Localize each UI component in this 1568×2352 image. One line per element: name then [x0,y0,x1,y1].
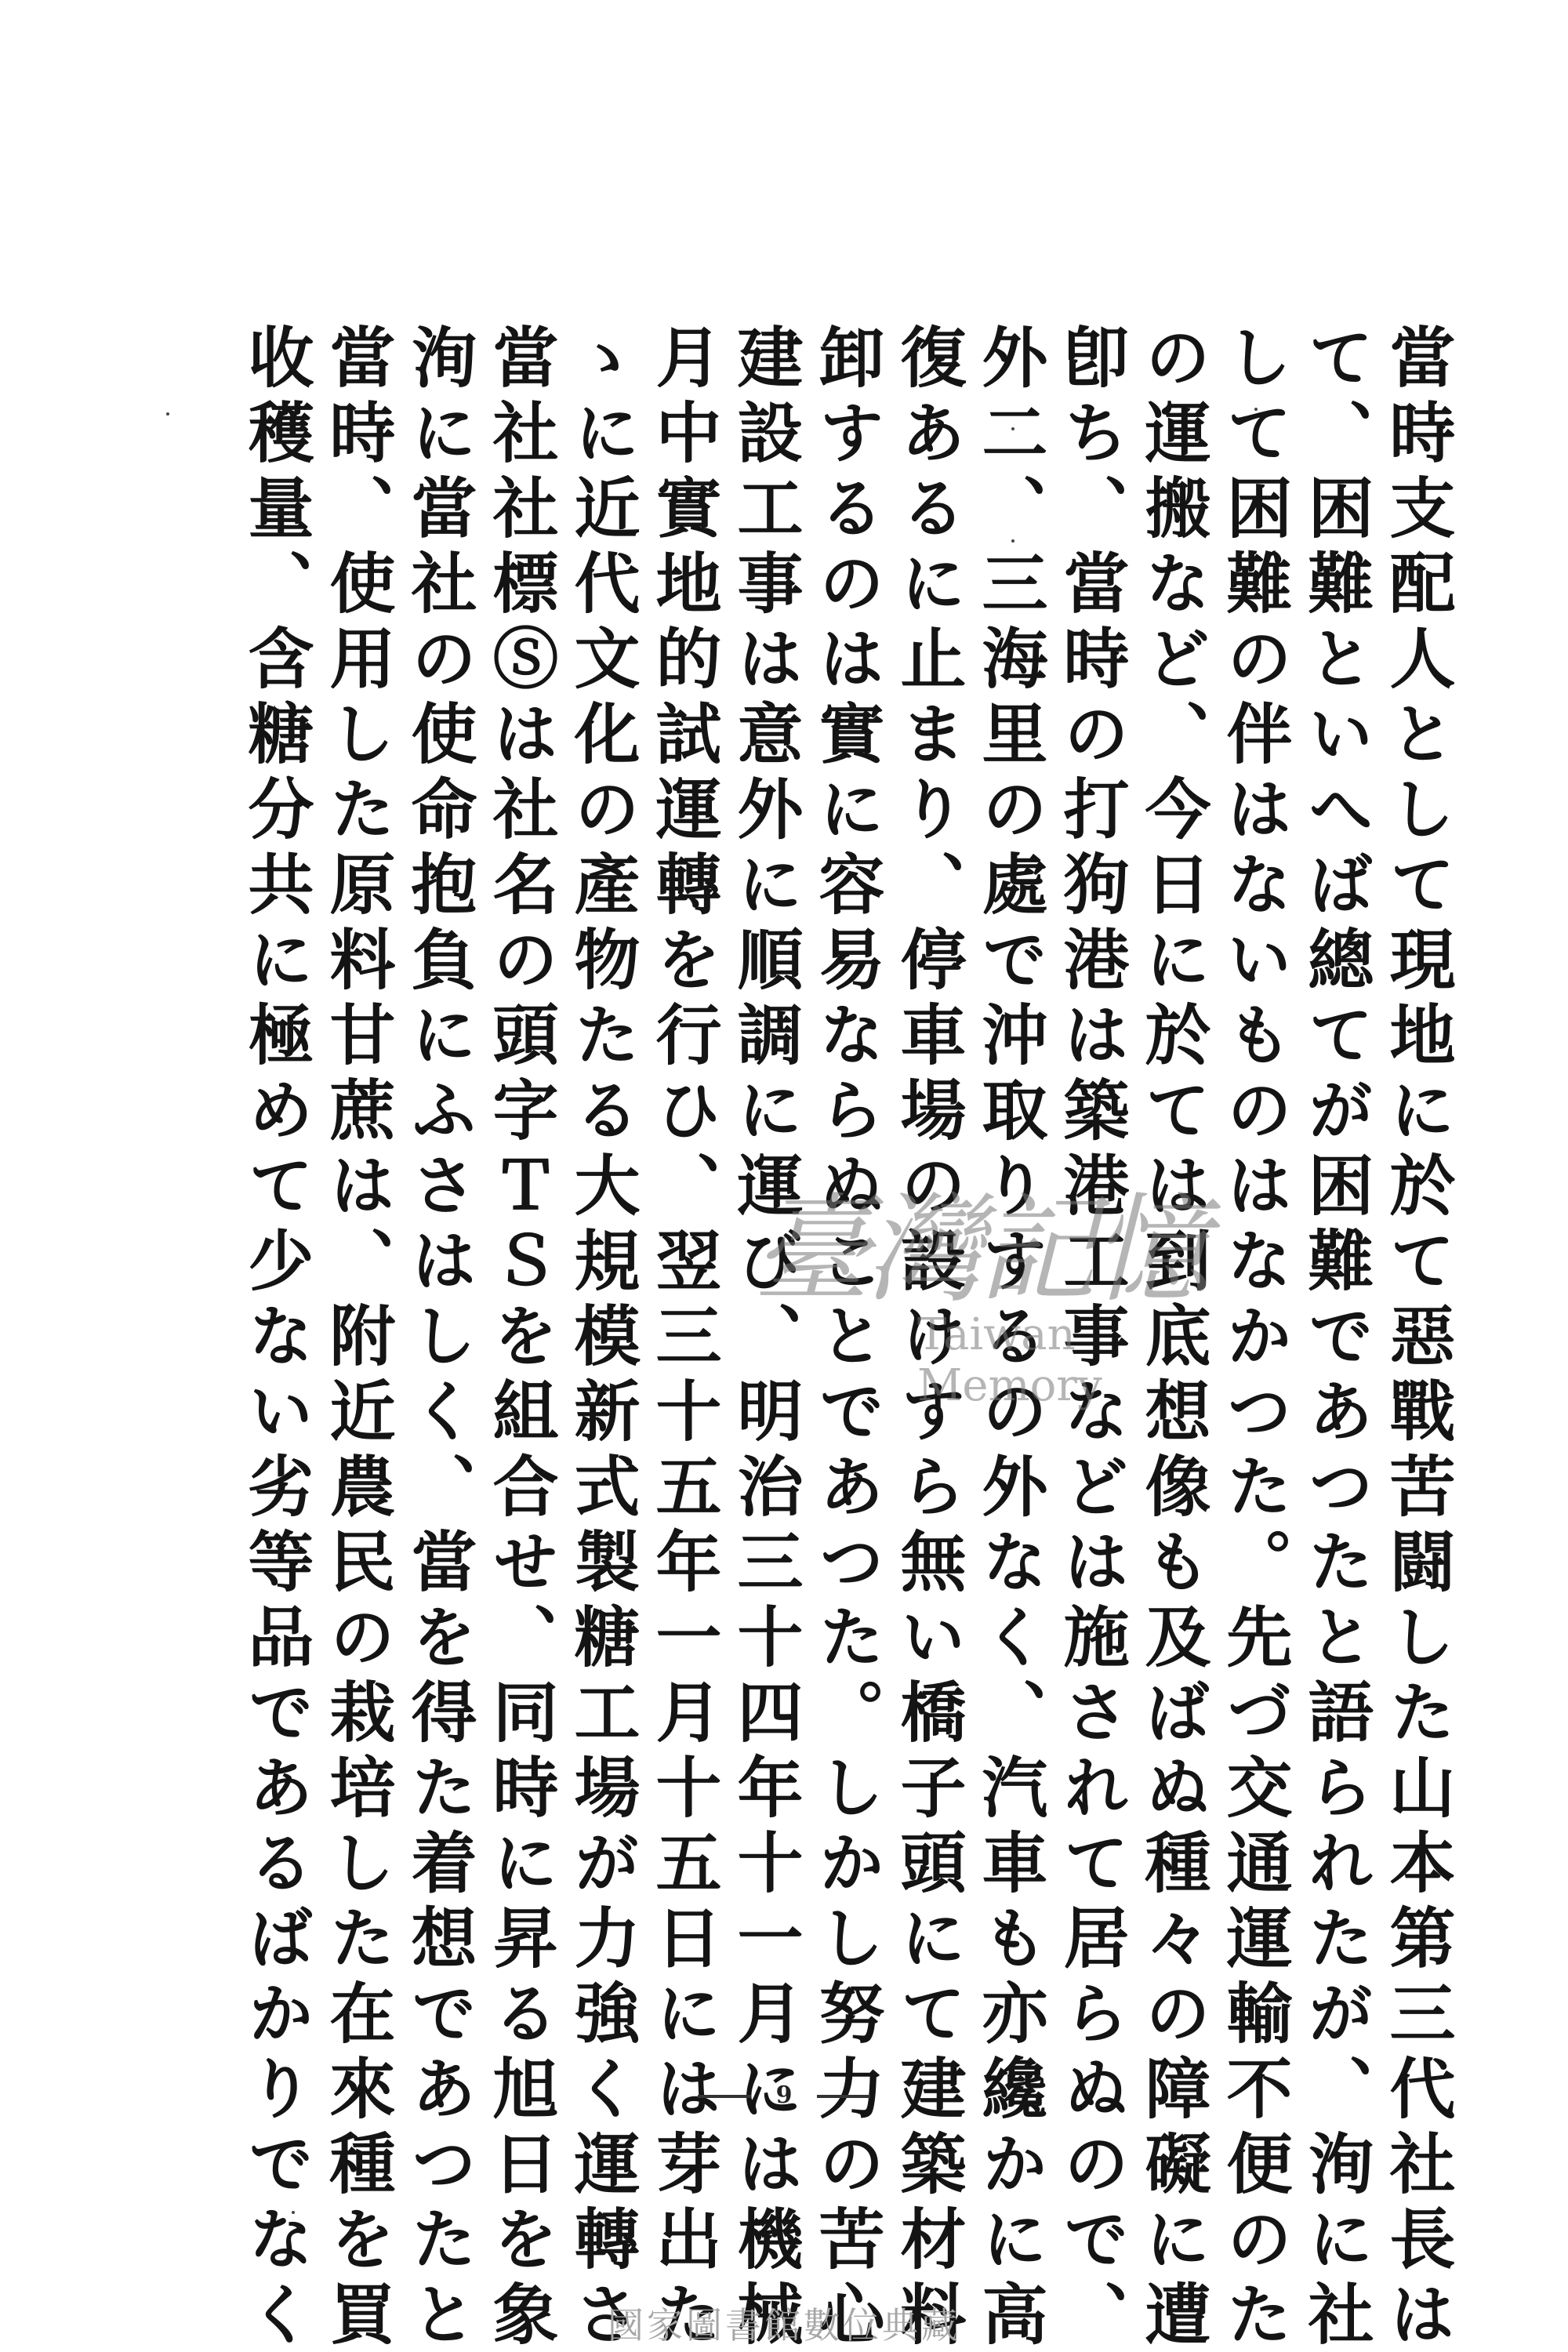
scan-speck [292,2211,295,2214]
scan-speck [1011,539,1014,543]
text-column-9: 建設工事は意外に順調に運び、明治三十四年十一月には機械据付も完了し、十二 [724,323,806,2071]
text-column-6: 外二、三海里の處で沖取りするの外なく、汽車も亦纔かに高雄、臺南間一日二往 [969,323,1051,2071]
text-column-2: て、困難といへば總てが困難であつたと語られたが、洵に社業の遂行には一つと [1295,323,1377,2071]
page-number-dash-right [817,2095,870,2098]
text-column-15: 收穫量、含糖分共に極めて少ない劣等品であるばかりでなく、農民は會社に原料 [235,323,317,2071]
text-column-13: 洵に當社の使命抱負にふさはしく、當を得た着想であつたと思はれる。 [398,323,480,2071]
scan-speck [1254,408,1258,411]
text-column-11: ゝに近代文化の產物たる大規模新式製糖工場が力強く運轉されはじめたのである。 [561,323,643,2071]
vertical-text-body: 當時支配人として現地に於て惡戰苦闘した山本第三代社長は、その頃を追懷し て、困難… [235,323,1458,2071]
text-column-3: して困難の伴はないものはなかつた。先づ交通運輸不便のため、機械、建築材料 [1214,323,1295,2071]
text-column-4: の運搬など、今日に於ては到底想像も及ばぬ種々の障礙に遭遇したのである。 [1132,323,1214,2071]
page-number: 9 [0,2082,1568,2109]
scan-speck [166,412,169,416]
text-column-5: 卽ち、當時の打狗港は築港工事などは施されて居らぬので、積荷は波浪高い港 [1051,323,1132,2071]
scanned-book-page: 當時支配人として現地に於て惡戰苦闘した山本第三代社長は、その頃を追懷し て、困難… [0,0,1568,2352]
text-column-12: 當社社標Ⓢは社名の頭字ＴＳを組合せ、同時に昇る旭日を象徵させたもので、 [480,323,561,2071]
text-column-8: 卸するのは實に容易ならぬことであつた。しかし努力の苦心は報ひられて、工場 [806,323,887,2071]
text-column-7: 復あるに止まり、停車場の設けすら無い橋子頭にて建築材料の如き重量貨物を荷 [887,323,969,2071]
page-number-dash-left [698,2095,751,2098]
text-column-14: 當時、使用した原料甘蔗は、附近農民の栽培した在來種を買收したのであつて、 [317,323,398,2071]
text-column-1: 當時支配人として現地に於て惡戰苦闘した山本第三代社長は、その頃を追懷し [1377,323,1458,2071]
scan-speck [1011,427,1014,430]
text-column-10: 月中實地的試運轉を行ひ、翌三十五年一月十五日には芽出たく操業を開始し、こ [643,323,724,2071]
library-footer: 國家圖書館數位典藏 [0,2297,1568,2349]
page-number-value: 9 [776,2082,793,2109]
